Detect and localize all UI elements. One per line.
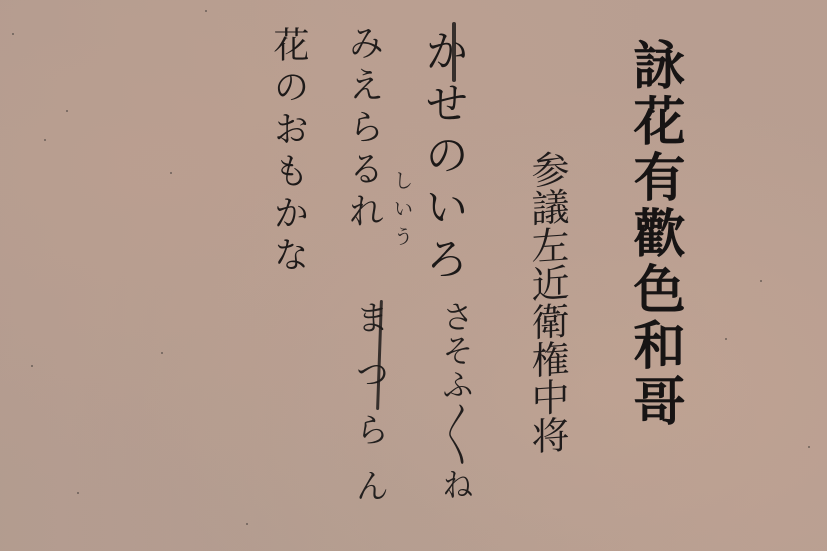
paper-speck bbox=[760, 280, 762, 282]
title-column: 詠花有歡色和哥 bbox=[628, 38, 680, 430]
paper-speck bbox=[725, 338, 727, 340]
paper-speck bbox=[12, 33, 14, 35]
paper-speck bbox=[161, 352, 163, 354]
calligraphy-paper: 詠花有歡色和哥 参議左近衛権中将 かせのいろ さそふ〳〵ね みえらるれ しいう … bbox=[0, 0, 827, 551]
poem-line-2-side-note: しいう bbox=[392, 170, 412, 254]
poem-line-1: かせのいろ bbox=[420, 28, 464, 288]
author-signature-column: 参議左近衛権中将 bbox=[528, 149, 566, 456]
poem-line-2: みえらるれ bbox=[345, 24, 381, 234]
brush-stroke bbox=[452, 22, 456, 82]
paper-speck bbox=[31, 365, 33, 367]
paper-speck bbox=[205, 10, 207, 12]
paper-speck bbox=[44, 139, 46, 141]
paper-speck bbox=[170, 172, 172, 174]
poem-line-3: 花のおもかな bbox=[270, 26, 306, 278]
paper-speck bbox=[808, 446, 810, 448]
paper-speck bbox=[77, 492, 79, 494]
poem-line-1-continuation: さそふ〳〵ね bbox=[440, 300, 472, 502]
paper-speck bbox=[66, 110, 68, 112]
paper-speck bbox=[246, 523, 248, 525]
